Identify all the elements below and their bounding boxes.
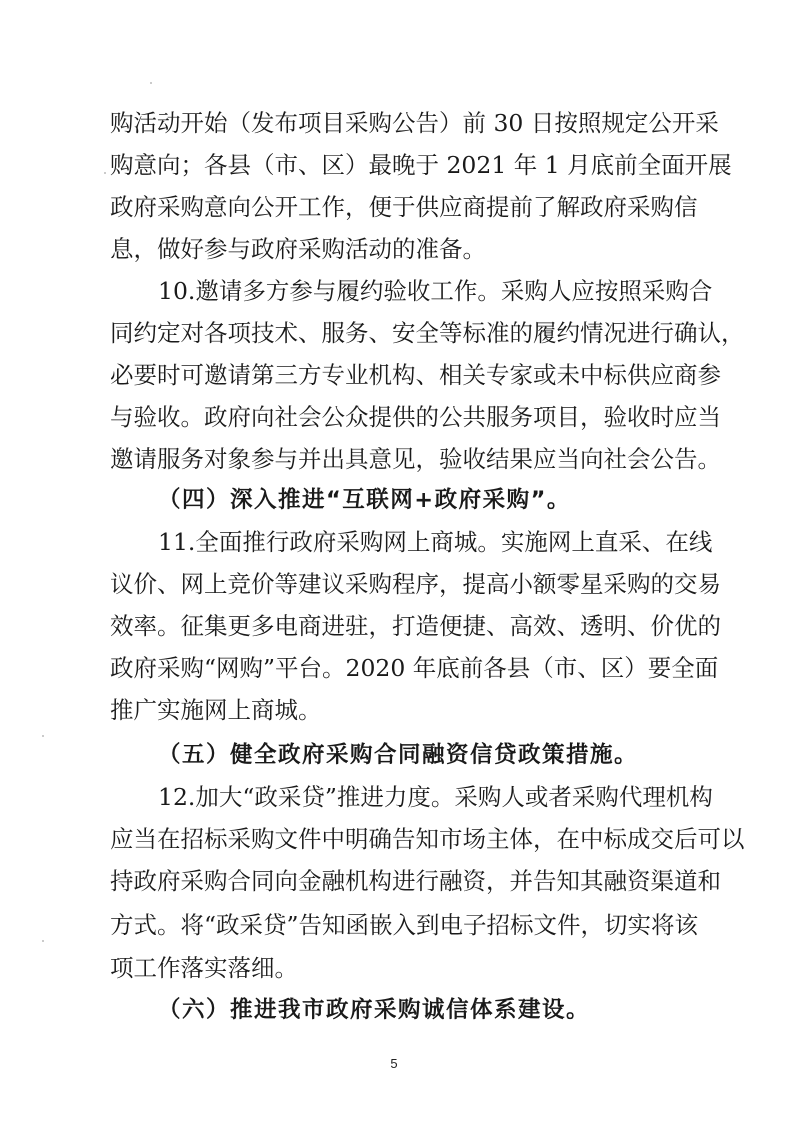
- paragraph-line: 效率。征集更多电商进驻，打造便捷、高效、透明、价优的: [110, 611, 675, 641]
- paragraph-line: 推广实施网上商城。: [110, 695, 675, 725]
- scan-speck: [42, 940, 44, 942]
- scan-speck: [682, 172, 684, 174]
- page-number: 5: [388, 1056, 400, 1071]
- section-heading-6: （六）推进我市政府采购诚信体系建设。: [158, 995, 590, 1025]
- paragraph-line: 持政府采购合同向金融机构进行融资，并告知其融资渠道和: [110, 866, 675, 896]
- paragraph-line: 邀请服务对象参与并出具意见，验收结果应当向社会公告。: [110, 444, 675, 474]
- document-page: 购活动开始（发布项目采购公告）前 30 日按照规定公开采 购意向；各县（市、区）…: [0, 0, 800, 1131]
- section-heading-4: （四）深入推进“互联网+政府采购”。: [158, 485, 571, 515]
- paragraph-line: 与验收。政府向社会公众提供的公共服务项目，验收时应当: [110, 402, 675, 432]
- paragraph-line: 购活动开始（发布项目采购公告）前 30 日按照规定公开采: [110, 108, 675, 138]
- paragraph-line: 方式。将“政采贷”告知函嵌入到电子招标文件，切实将该: [110, 910, 675, 940]
- item-10-line: 10.邀请多方参与履约验收工作。采购人应按照采购合: [158, 276, 675, 306]
- section-heading-5: （五）健全政府采购合同融资信贷政策措施。: [158, 740, 638, 770]
- paragraph-line: 息，做好参与政府采购活动的准备。: [110, 234, 675, 264]
- paragraph-line: 同约定对各项技术、服务、安全等标准的履约情况进行确认，: [110, 318, 675, 348]
- paragraph-line: 购意向；各县（市、区）最晚于 2021 年 1 月底前全面开展: [110, 150, 675, 180]
- scan-speck: [42, 735, 44, 737]
- paragraph-line: 政府采购“网购”平台。2020 年底前各县（市、区）要全面: [110, 653, 675, 683]
- paragraph-line: 必要时可邀请第三方专业机构、相关专家或未中标供应商参: [110, 360, 675, 390]
- paragraph-line: 议价、网上竞价等建议采购程序，提高小额零星采购的交易: [110, 569, 675, 599]
- item-12-line: 12.加大“政采贷”推进力度。采购人或者采购代理机构: [158, 782, 675, 812]
- paragraph-line: 政府采购意向公开工作，便于供应商提前了解政府采购信: [110, 192, 675, 222]
- scan-speck: [150, 82, 152, 84]
- item-11-line: 11.全面推行政府采购网上商城。实施网上直采、在线: [158, 527, 675, 557]
- paragraph-line: 项工作落实落细。: [110, 953, 675, 983]
- scan-speck: [104, 172, 106, 174]
- paragraph-line: 应当在招标采购文件中明确告知市场主体，在中标成交后可以: [110, 824, 675, 854]
